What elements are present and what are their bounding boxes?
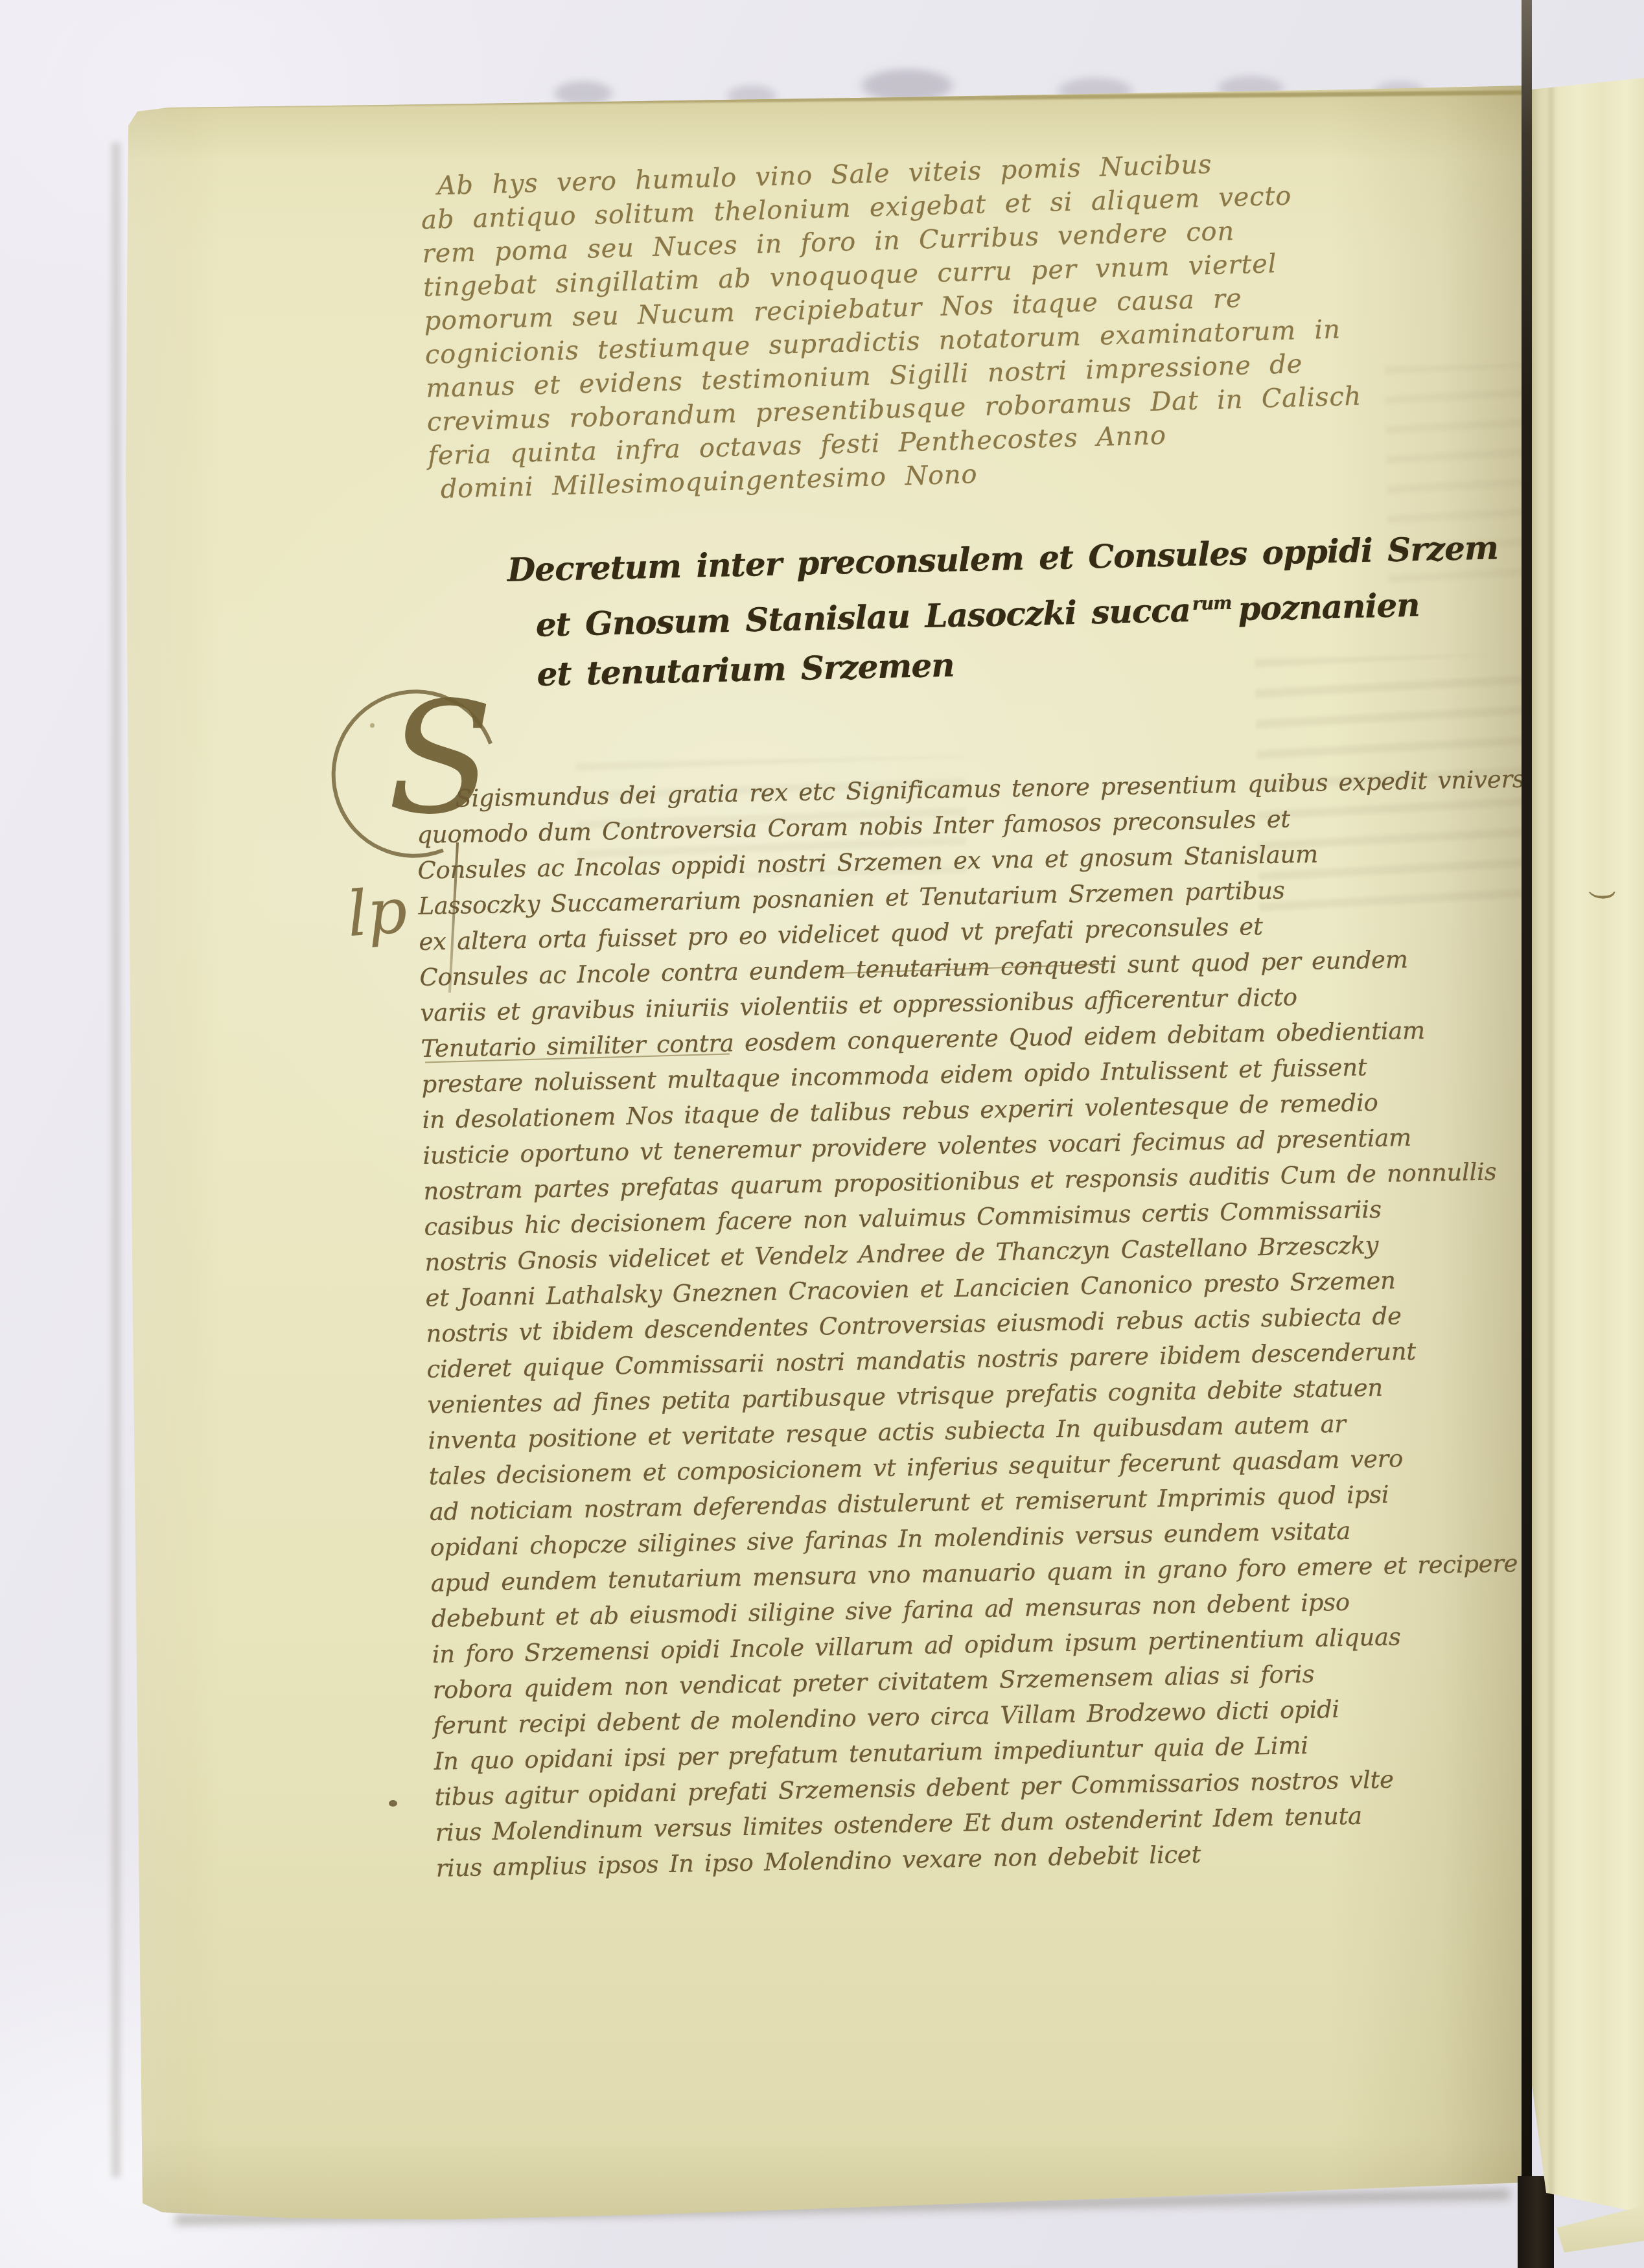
heading-line-2-tail: poznanien xyxy=(1238,586,1420,628)
heading-line-2-text: et Gnosum Stanislau Lasoczki succa xyxy=(535,591,1191,644)
book-gutter xyxy=(1522,0,1532,2268)
decree-heading: Decretum inter preconsulem et Consules o… xyxy=(507,526,1378,700)
scanner-background: Ab hys vero humulo vino Sale viteis pomi… xyxy=(0,0,1644,2268)
facing-page-crease xyxy=(1549,76,1554,2221)
ink-speck xyxy=(370,723,375,728)
heading-superscript: rum xyxy=(1192,593,1231,614)
margin-annotation: lp xyxy=(345,874,410,951)
page-left-shadow xyxy=(111,143,121,2177)
underlying-page-corner xyxy=(1557,2206,1644,2252)
decree-paragraph: Sigismundus dei gratia rex etc Significa… xyxy=(416,763,1421,1886)
ink-speck xyxy=(389,1800,397,1807)
facing-page-edge: ) xyxy=(1532,76,1644,2221)
closing-paragraph: Ab hys vero humulo vino Sale viteis pomi… xyxy=(420,143,1401,507)
pen-stroke: ) xyxy=(1586,886,1621,904)
